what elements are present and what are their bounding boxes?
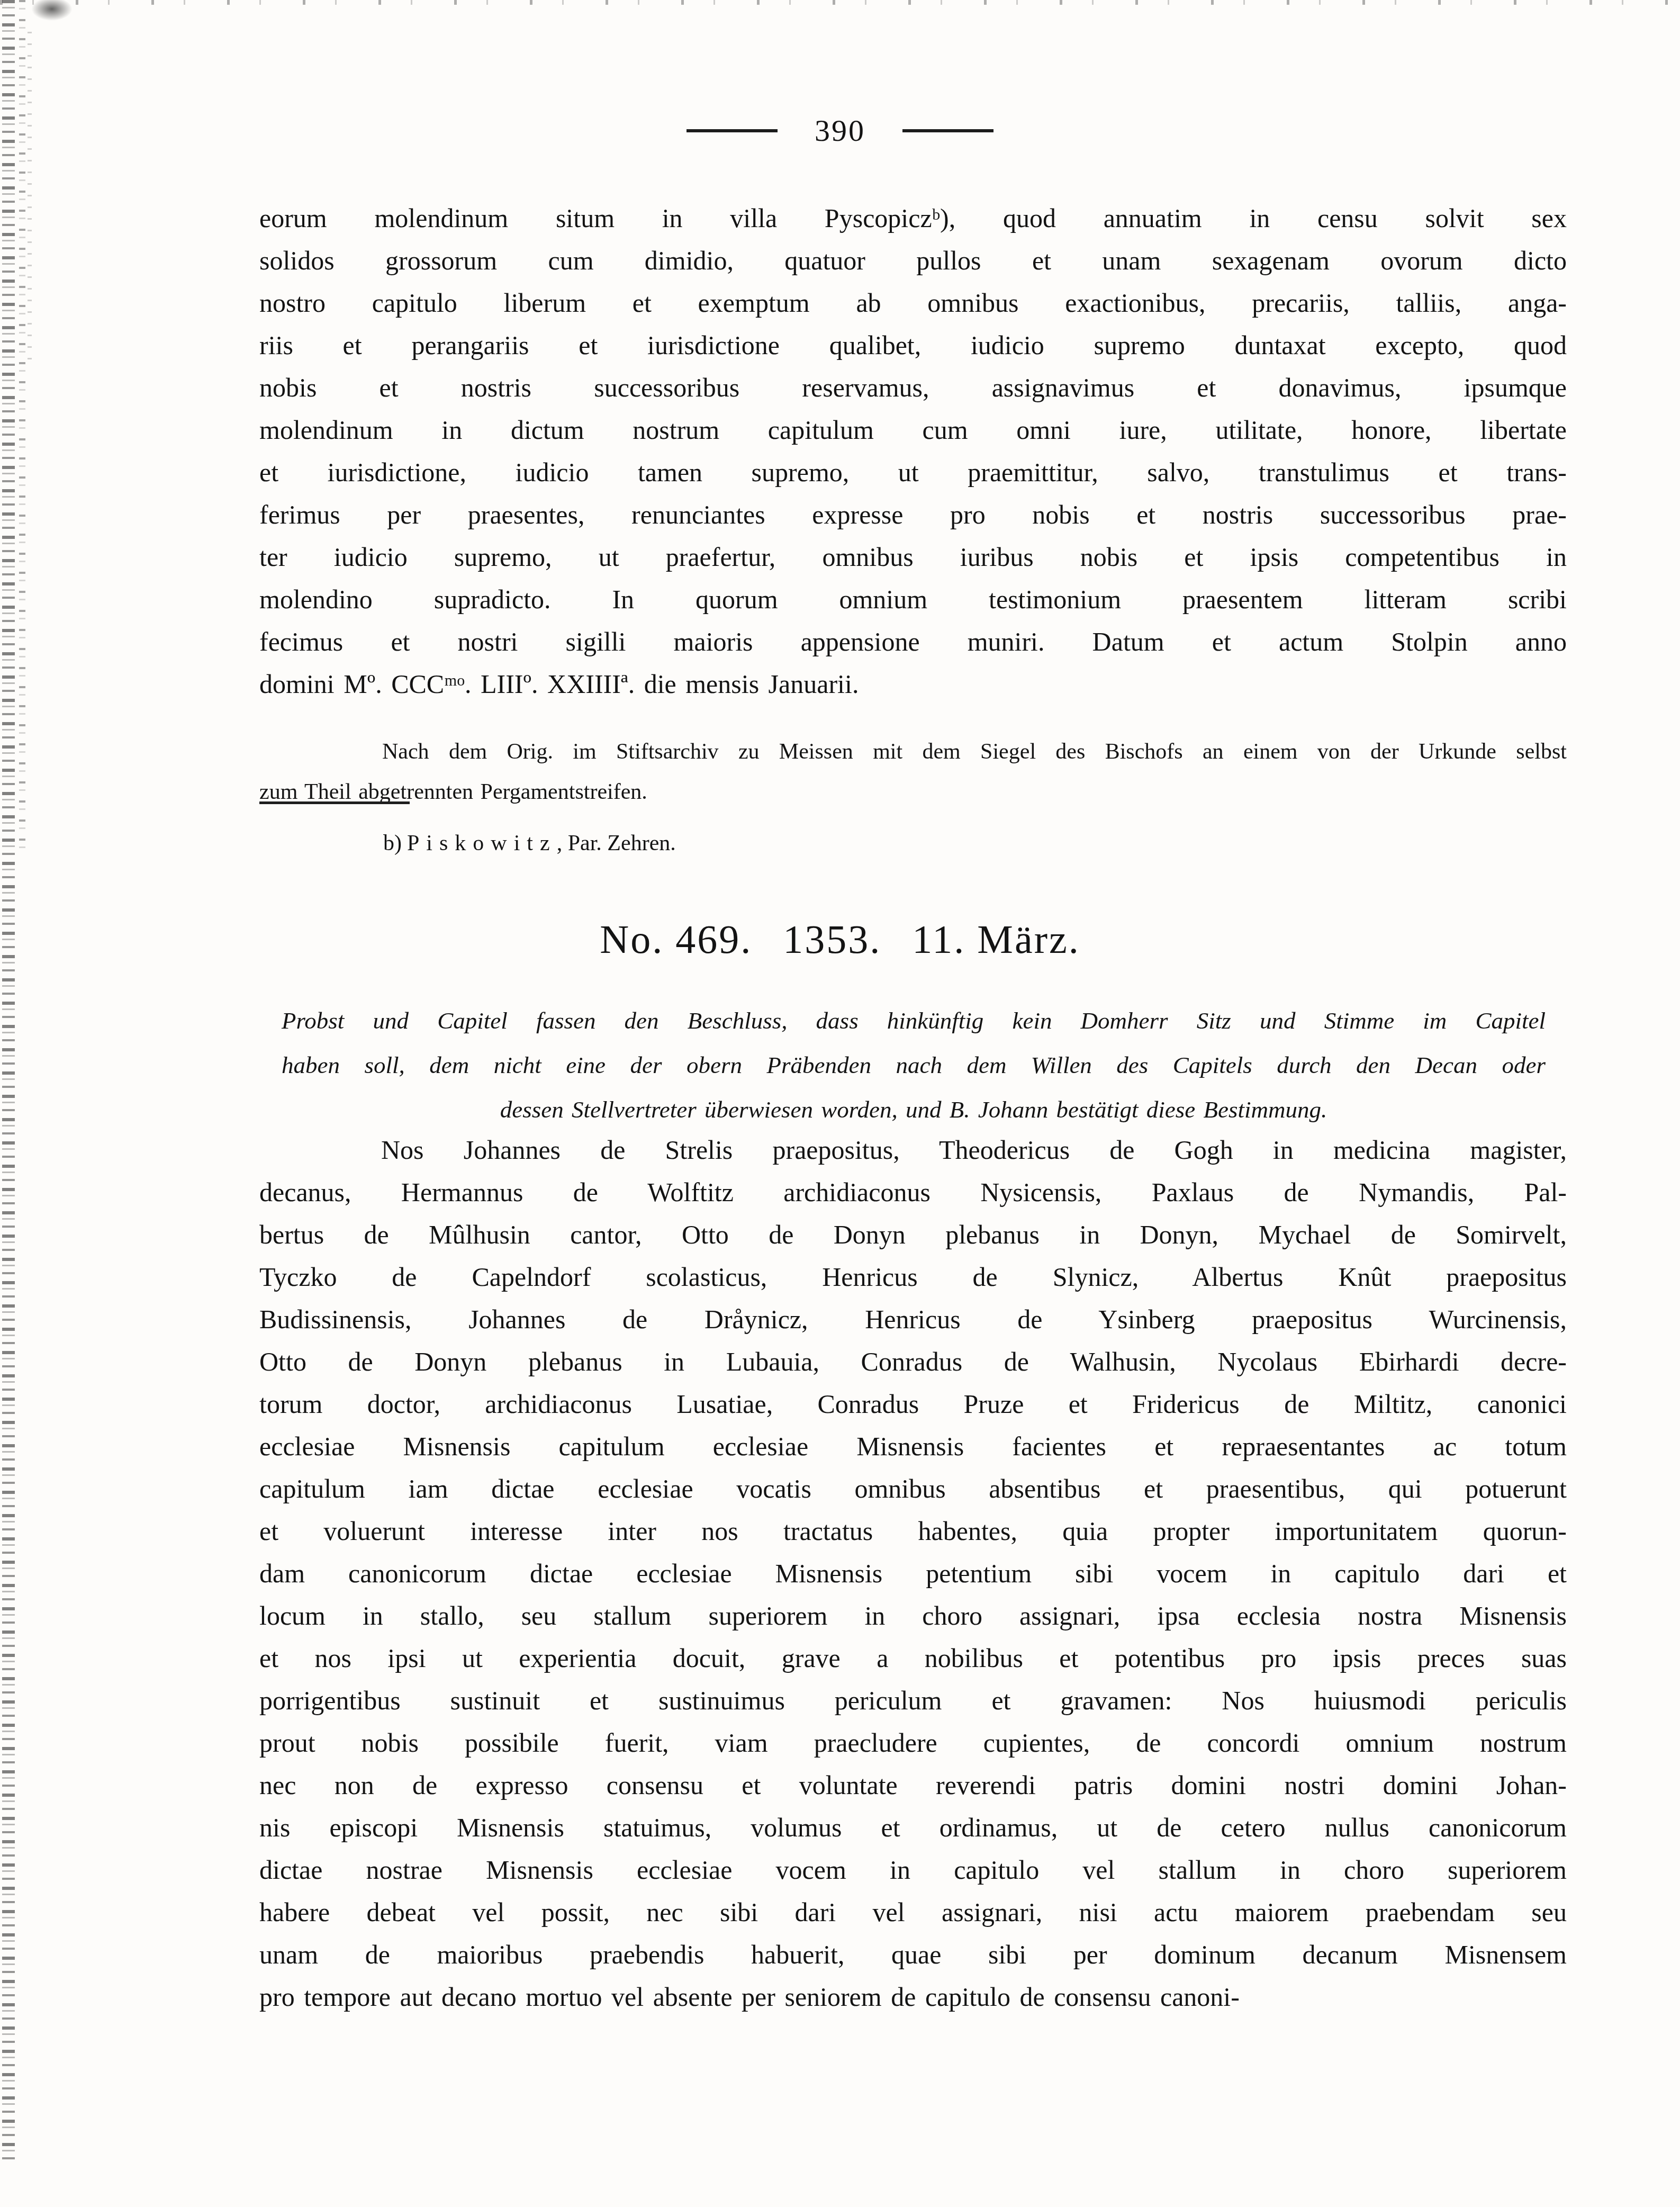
footnote-separator-rule	[259, 801, 410, 804]
text-line: nostro capitulo liberum et exemptum ab o…	[259, 282, 1567, 324]
text-line: et nos ipsi ut experientia docuit, grave…	[259, 1637, 1567, 1679]
source-note: Nach dem Orig. im Stiftsarchiv zu Meisse…	[259, 732, 1567, 812]
text-line: Budissinensis, Johannes de Dråynicz, Hen…	[259, 1298, 1567, 1340]
header-rule-right	[902, 129, 993, 132]
text-line: torum doctor, archidiaconus Lusatiae, Co…	[259, 1383, 1567, 1425]
text-line: porrigentibus sustinuit et sustinuimus p…	[259, 1679, 1567, 1722]
document-469-body-text: Nos Johannes de Strelis praepositus, The…	[259, 1129, 1567, 2018]
text-line: domini Mº. CCCᵐᵒ. LIIIº. XXIIIIª. die me…	[259, 663, 1567, 705]
text-line: nobis et nostris successoribus reservamu…	[259, 366, 1567, 409]
footnote-marker: b)	[383, 831, 402, 855]
text-line: et iurisdictione, iudicio tamen supremo,…	[259, 451, 1567, 493]
document-469-summary: Probst und Capitel fassen den Beschluss,…	[282, 998, 1546, 1132]
text-line: Probst und Capitel fassen den Beschluss,…	[282, 998, 1546, 1043]
text-line: solidos grossorum cum dimidio, quatuor p…	[259, 239, 1567, 282]
text-line: unam de maioribus praebendis habuerit, q…	[259, 1933, 1567, 1976]
text-line: dictae nostrae Misnensis ecclesiae vocem…	[259, 1849, 1567, 1891]
scan-artifact-top-edge	[0, 0, 1680, 5]
text-line: bertus de Mûlhusin cantor, Otto de Donyn…	[259, 1213, 1567, 1256]
page-header: 390	[0, 115, 1680, 146]
text-line: dessen Stellvertreter überwiesen worden,…	[282, 1087, 1546, 1132]
text-line: dam canonicorum dictae ecclesiae Misnens…	[259, 1552, 1567, 1595]
header-rule-left	[687, 129, 778, 132]
text-line: eorum molendinum situm in villa Pyscopic…	[259, 197, 1567, 239]
document-468-body-text: eorum molendinum situm in villa Pyscopic…	[259, 197, 1567, 705]
text-line: ecclesiae Misnensis capitulum ecclesiae …	[259, 1425, 1567, 1467]
scan-artifact-left-edge	[2, 0, 15, 2160]
text-line: prout nobis possibile fuerit, viam praec…	[259, 1722, 1567, 1764]
text-line: Nos Johannes de Strelis praepositus, The…	[259, 1129, 1567, 1171]
text-line: Tyczko de Capelndorf scolasticus, Henric…	[259, 1256, 1567, 1298]
doc-year: 1353.	[783, 918, 881, 962]
text-line: Otto de Donyn plebanus in Lubauia, Conra…	[259, 1340, 1567, 1383]
text-line: habere debeat vel possit, nec sibi dari …	[259, 1891, 1567, 1933]
text-line: et voluerunt interesse inter nos tractat…	[259, 1510, 1567, 1552]
text-line: riis et perangariis et iurisdictione qua…	[259, 324, 1567, 366]
text-line: fecimus et nostri sigilli maioris appens…	[259, 620, 1567, 663]
footnote-place-name: Piskowitz	[407, 831, 557, 855]
scan-artifact-corner-blob	[31, 0, 73, 21]
text-line: molendino supradicto. In quorum omnium t…	[259, 578, 1567, 620]
scan-artifact-left-edge-3	[28, 32, 32, 360]
page-number: 390	[815, 115, 865, 146]
book-page: 390 eorum molendinum situm in villa Pysc…	[0, 0, 1680, 2207]
text-line: zum Theil abgetrennten Pergamentstreifen…	[259, 772, 1567, 812]
doc-number: No. 469.	[600, 918, 752, 962]
text-line: pro tempore aut decano mortuo vel absent…	[259, 1976, 1567, 2018]
text-line: molendinum in dictum nostrum capitulum c…	[259, 409, 1567, 451]
text-line: nis episcopi Misnensis statuimus, volumu…	[259, 1806, 1567, 1849]
doc-date: 11. März.	[912, 918, 1080, 962]
text-line: capitulum iam dictae ecclesiae vocatis o…	[259, 1467, 1567, 1510]
text-line: haben soll, dem nicht eine der obern Prä…	[282, 1043, 1546, 1087]
text-line: locum in stallo, seu stallum superiorem …	[259, 1595, 1567, 1637]
document-469-heading: No. 469. 1353. 11. März.	[0, 918, 1680, 962]
text-line: nec non de expresso consensu et voluntat…	[259, 1764, 1567, 1806]
text-line: Nach dem Orig. im Stiftsarchiv zu Meisse…	[259, 732, 1567, 772]
text-line: decanus, Hermannus de Wolftitz archidiac…	[259, 1171, 1567, 1213]
footnote: b)Piskowitz, Par. Zehren.	[383, 830, 676, 857]
text-line: ferimus per praesentes, renunciantes exp…	[259, 493, 1567, 536]
footnote-text: , Par. Zehren.	[557, 831, 676, 855]
text-line: ter iudicio supremo, ut praefertur, omni…	[259, 536, 1567, 578]
